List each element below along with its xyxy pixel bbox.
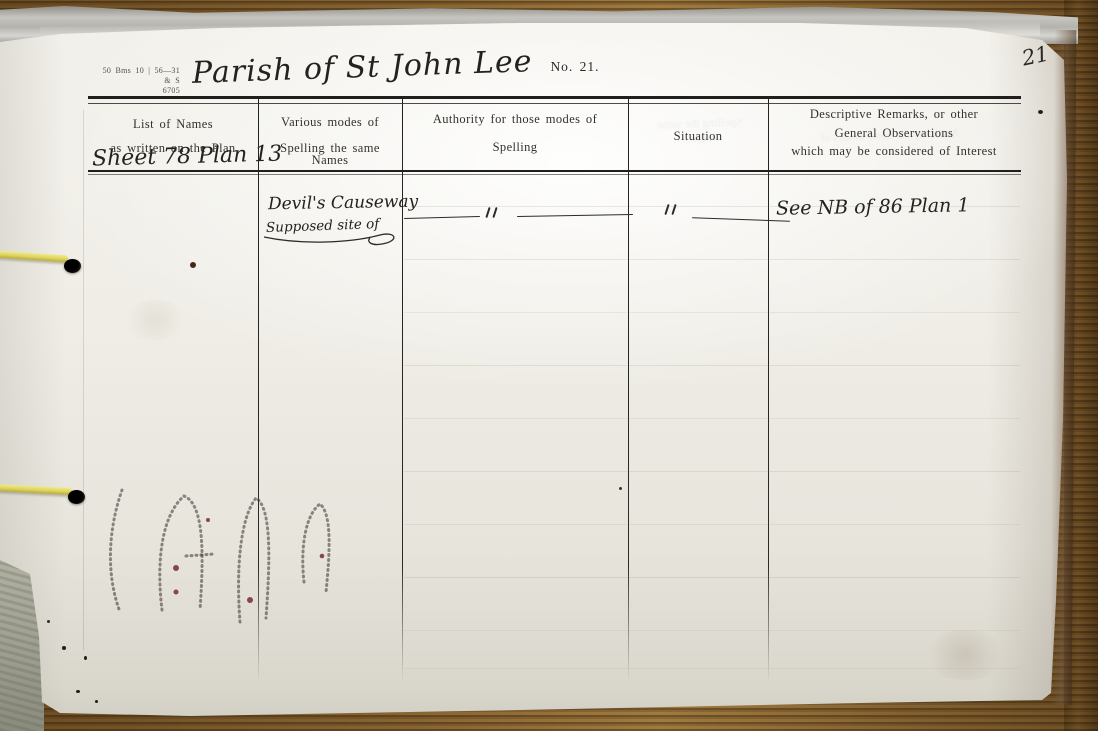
- column-line-4: [768, 97, 769, 682]
- binding-hole-top: [64, 259, 81, 273]
- bleed-through-text: Spelling the same Names: [640, 114, 761, 148]
- column-line-2: [402, 97, 403, 682]
- table-top-rule-heavy: [88, 96, 1021, 99]
- header-bottom-rule-heavy: [88, 170, 1021, 172]
- form-print-code-line2: 6705: [100, 86, 180, 96]
- page-right-edge-shadow: [1050, 30, 1077, 705]
- bleed-rule: [404, 312, 1020, 313]
- header-line: List of Names: [92, 118, 254, 131]
- column-header-authority: Authority for those modes of Spelling: [406, 113, 624, 153]
- header-line: which may be considered of Interest: [772, 145, 1016, 158]
- underline-flourish: [262, 230, 404, 250]
- ink-speck: [76, 690, 80, 693]
- ink-speck: [47, 620, 50, 623]
- header-line: Various modes of: [262, 116, 398, 129]
- paper-stain: [920, 630, 1010, 680]
- paper-stain: [120, 300, 190, 340]
- page-crease: [83, 110, 84, 650]
- scanned-document-photo: 50 Bms 10 | 56—31 & S 6705 Parish of St …: [0, 0, 1098, 731]
- header-line: Descriptive Remarks, or other: [772, 108, 1016, 121]
- bleed-rule: [404, 577, 1020, 578]
- ink-speck: [84, 656, 87, 660]
- ink-speck: [62, 646, 66, 650]
- entry-remarks-handwritten: See NB of 86 Plan 1: [776, 194, 970, 219]
- form-print-code-line1: 50 Bms 10 | 56—31 & S: [100, 66, 180, 86]
- bleed-rule: [404, 418, 1020, 419]
- bleed-rule: [404, 365, 1020, 366]
- faded-ink-marks: [90, 460, 350, 630]
- form-number: No. 21.: [520, 60, 630, 74]
- bleed-rule: [410, 206, 1020, 207]
- ink-speck: [619, 487, 622, 490]
- ink-speck: [1038, 110, 1043, 114]
- bleed-rule: [404, 630, 1020, 631]
- ink-speck: [95, 700, 98, 703]
- column-line-3: [628, 97, 629, 682]
- table-top-rule-light: [88, 103, 1021, 104]
- binding-hole-bottom: [68, 490, 85, 504]
- bleed-rule: [404, 524, 1020, 525]
- header-line: Spelling: [406, 141, 624, 154]
- header-line: Authority for those modes of: [406, 113, 624, 126]
- ink-speck: [190, 262, 196, 268]
- entry-name-handwritten: Devil's Causeway: [268, 192, 418, 215]
- header-bottom-rule-light: [88, 174, 1021, 175]
- bleed-rule: [404, 259, 1020, 260]
- bleed-rule: [404, 471, 1020, 472]
- column-header-various-modes: Various modes of Spelling the same Names: [262, 116, 398, 167]
- form-print-code: 50 Bms 10 | 56—31 & S 6705: [100, 66, 180, 96]
- sheet-reference-handwritten: Sheet 78 Plan 13: [92, 142, 283, 172]
